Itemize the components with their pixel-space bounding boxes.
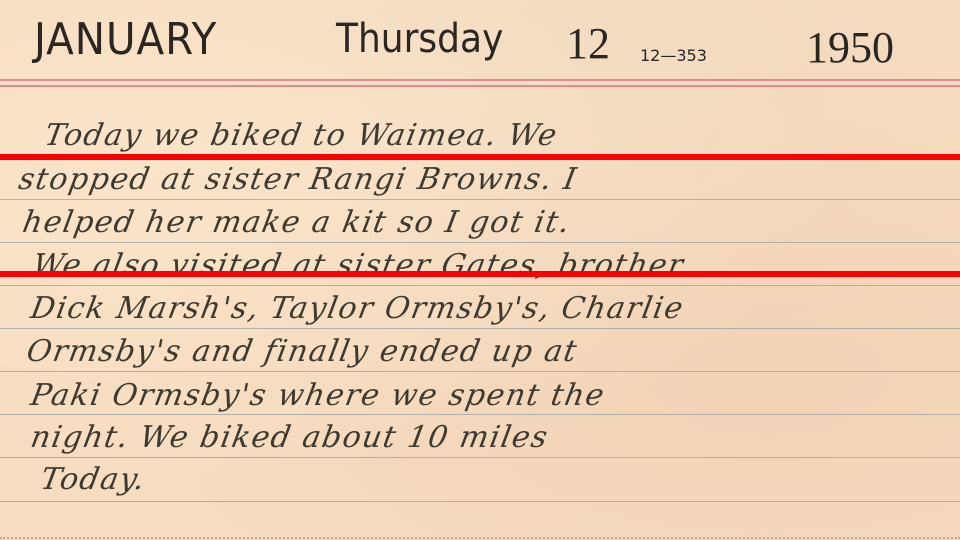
year-label: 1950: [806, 22, 894, 73]
entry-line-8: night. We biked about 10 miles: [28, 420, 551, 455]
ruled-line: [0, 371, 960, 372]
ruled-line: [0, 285, 960, 286]
red-highlight-line-2: [0, 271, 960, 277]
day-of-year-counter: 12—353: [640, 46, 707, 65]
red-highlight-line-1: [0, 154, 960, 160]
ruled-line: [0, 414, 960, 415]
header-rule-top: [0, 79, 960, 81]
entry-line-7: Paki Ormsby's where we spent the: [28, 378, 608, 413]
header-rule-bottom: [0, 85, 960, 87]
diary-page: JANUARY Thursday 12 12—353 1950 Today we…: [0, 0, 960, 540]
diary-header: JANUARY Thursday 12 12—353 1950: [0, 0, 960, 90]
entry-line-4: We also visited at sister Gates, brother: [30, 248, 687, 283]
entry-line-1: Today we biked to Waimea. We: [42, 118, 561, 153]
entry-line-9: Today.: [38, 462, 149, 497]
ruled-line: [0, 457, 960, 458]
ruled-line: [0, 328, 960, 329]
entry-line-3: helped her make a kit so I got it.: [20, 205, 574, 240]
ruled-line: [0, 199, 960, 200]
entry-line-6: Ormsby's and finally ended up at: [24, 334, 581, 369]
page-edge: [0, 537, 960, 539]
ruled-line: [0, 242, 960, 243]
entry-line-5: Dick Marsh's, Taylor Ormsby's, Charlie: [28, 291, 687, 326]
month-label: JANUARY: [34, 14, 217, 65]
ruled-line: [0, 501, 960, 502]
entry-line-2: stopped at sister Rangi Browns. I: [16, 162, 580, 197]
weekday-label: Thursday: [336, 16, 503, 62]
day-number: 12: [566, 18, 610, 69]
